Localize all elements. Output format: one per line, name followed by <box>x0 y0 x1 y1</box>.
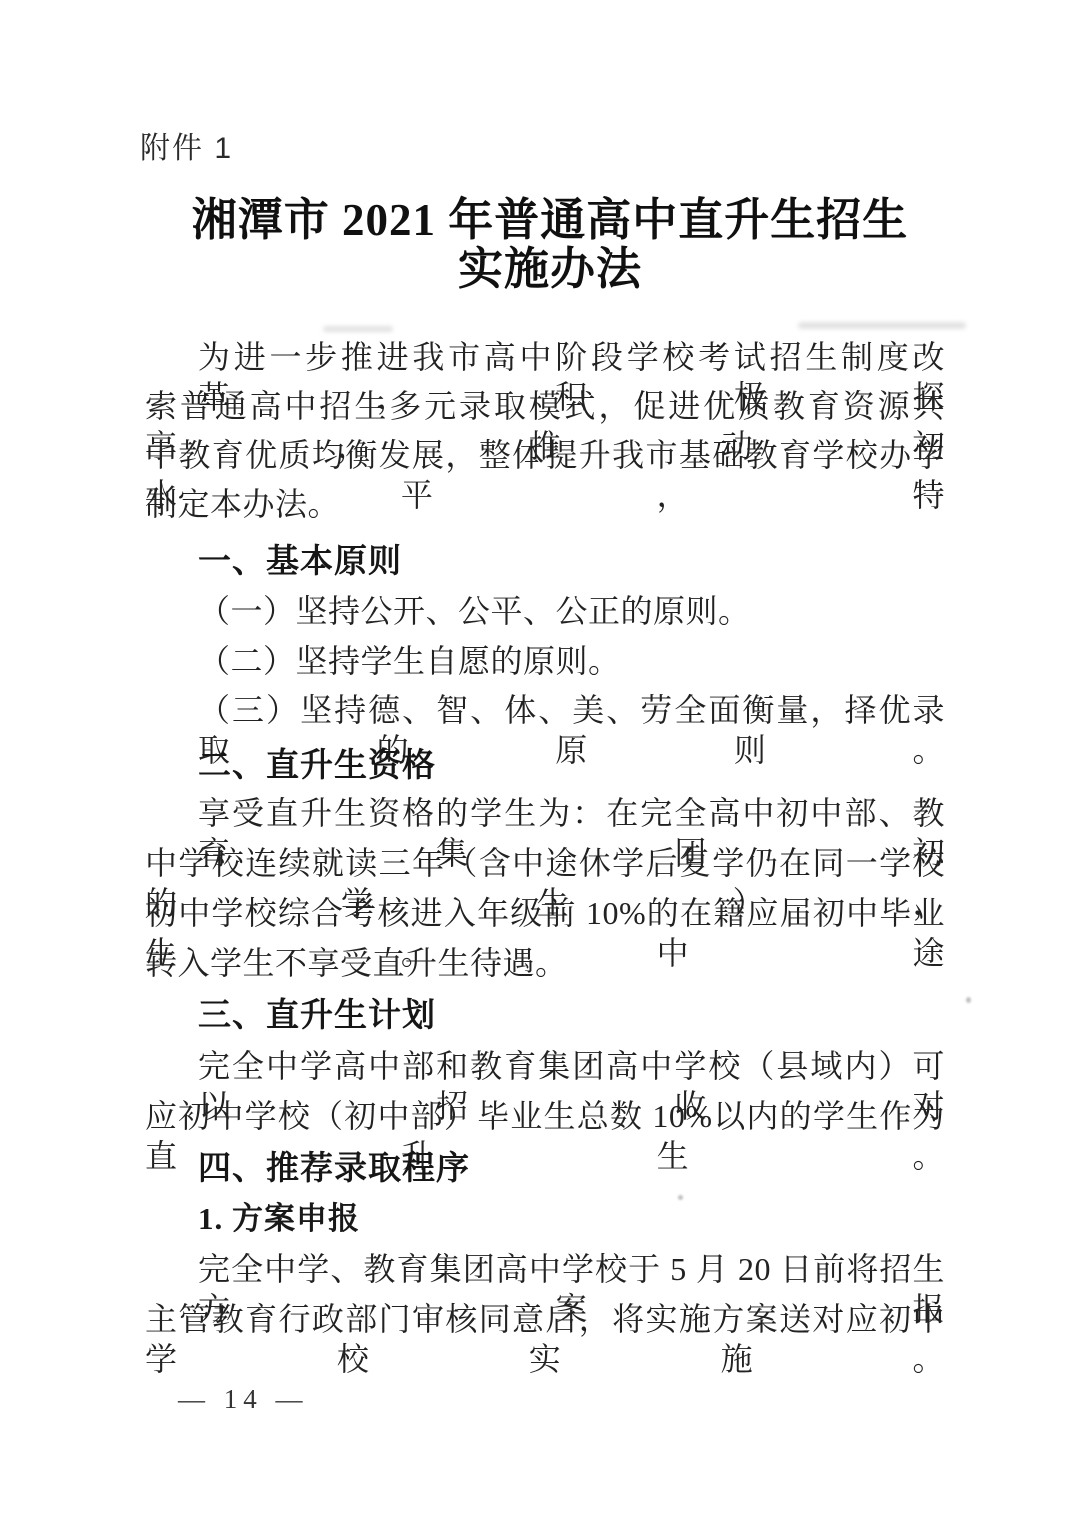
document-title-line-2: 实施办法 <box>145 245 955 294</box>
scanned-document-page: 附件 1 湘潭市 2021 年普通高中直升生招生 实施办法 为进一步推进我市高中… <box>0 0 1080 1527</box>
section-2-line: 享受直升生资格的学生为：在完全高中初中部、教育集团初 <box>145 793 945 833</box>
section-4-line: 完全中学、教育集团高中学校于 5 月 20 日前将招生方案报 <box>145 1249 945 1289</box>
section-2-line: 转入学生不享受直升生待遇。 <box>145 943 945 983</box>
attachment-label: 附件 1 <box>140 131 233 167</box>
section-3-line: 应初中学校（初中部）毕业生总数 10%以内的学生作为直升生。 <box>145 1096 945 1136</box>
section-4-sub-heading: 1. 方案申报 <box>145 1199 945 1239</box>
scan-smudge <box>798 322 966 329</box>
section-1-heading: 一、基本原则 <box>145 541 945 581</box>
section-2-heading: 二、直升生资格 <box>145 745 945 785</box>
page-number: — 14 — <box>178 1383 309 1415</box>
principle-item-1: （一）坚持公开、公平、公正的原则。 <box>145 591 945 631</box>
intro-line: 索普通高中招生多元录取模式，促进优质教育资源共享，推动初 <box>145 386 945 426</box>
section-3-heading: 三、直升生计划 <box>145 995 945 1035</box>
intro-line: 制定本办法。 <box>145 484 945 524</box>
section-2-line: 中学校连续就读三年（含中途休学后复学仍在同一学校的学生）， <box>145 843 945 883</box>
section-4-line: 主管教育行政部门审核同意后，将实施方案送对应初中学校实施。 <box>145 1299 945 1339</box>
document-title: 湘潭市 2021 年普通高中直升生招生 实施办法 <box>145 196 955 294</box>
document-title-line-1: 湘潭市 2021 年普通高中直升生招生 <box>145 196 955 245</box>
section-3-line: 完全中学高中部和教育集团高中学校（县域内）可以招收对 <box>145 1046 945 1086</box>
intro-line: 为进一步推进我市高中阶段学校考试招生制度改革，积极探 <box>145 337 945 377</box>
scan-speck <box>966 997 971 1003</box>
intro-line: 中教育优质均衡发展，整体提升我市基础教育学校办学水平，特 <box>145 435 945 475</box>
section-2-line: 初中学校综合考核进入年级前 10%的在籍应届初中毕业生。中途 <box>145 893 945 933</box>
principle-item-2: （二）坚持学生自愿的原则。 <box>145 641 945 681</box>
principle-item-3: （三）坚持德、智、体、美、劳全面衡量，择优录取的原则。 <box>145 690 945 730</box>
scan-smudge <box>323 326 393 332</box>
section-4-heading: 四、推荐录取程序 <box>145 1148 945 1188</box>
